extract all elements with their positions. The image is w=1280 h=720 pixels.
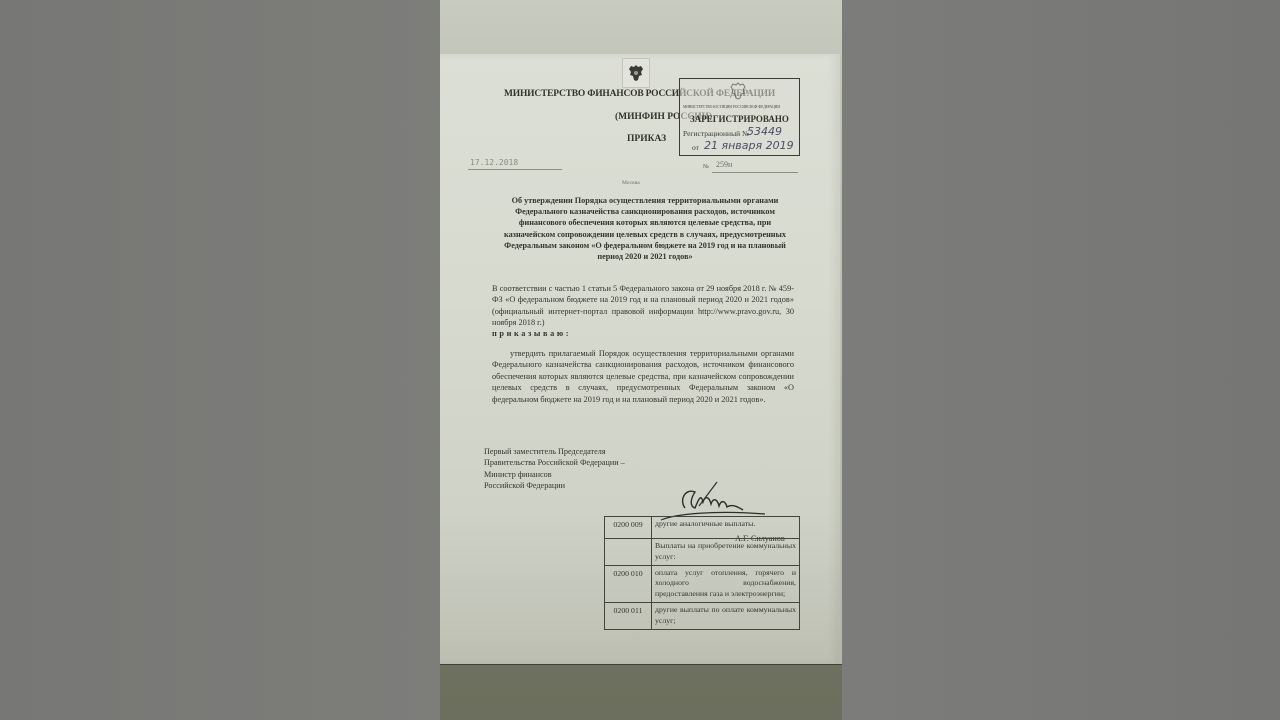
table-row: 0200 009 другие аналогичные выплаты. <box>605 517 800 539</box>
stamp-title: ЗАРЕГИСТРИРОВАНО <box>690 114 789 124</box>
appendix-table: 0200 009 другие аналогичные выплаты. Вып… <box>604 516 800 630</box>
city: Москва <box>622 180 640 186</box>
order-title: Об утверждении Порядка осуществления тер… <box>496 195 794 262</box>
stamp-reg-label: Регистрационный № <box>683 129 749 138</box>
signer-position-line: Правительства Российской Федерации – <box>484 457 625 468</box>
table-cell-code: 0200 009 <box>605 517 652 539</box>
order-number: 259н <box>716 160 732 169</box>
date-underline <box>468 169 562 170</box>
stamp-reg-number: 53449 <box>747 125 782 138</box>
document-sheet: МИНИСТЕРСТВО ФИНАНСОВ РОССИЙСКОЙ ФЕДЕРАЦ… <box>440 54 840 664</box>
photo-bottom-surface <box>440 664 842 720</box>
preamble-text: В соответствии с частью 1 статьи 5 Федер… <box>492 284 794 327</box>
left-blur-background <box>0 0 440 720</box>
registration-stamp: МИНИСТЕРСТВО ЮСТИЦИИ РОССИЙСКОЙ ФЕДЕРАЦИ… <box>679 78 800 156</box>
stamp-organization: МИНИСТЕРСТВО ЮСТИЦИИ РОССИЙСКОЙ ФЕДЕРАЦИ… <box>683 105 795 109</box>
right-blur-background <box>842 0 1280 720</box>
signer-position-line: Первый заместитель Председателя <box>484 446 625 457</box>
stamp-date: 21 января 2019 <box>704 139 794 152</box>
table-row: 0200 010 оплата услуг отопления, горячег… <box>605 565 800 602</box>
order-word: приказываю: <box>492 329 571 338</box>
table-cell-code: 0200 010 <box>605 565 652 602</box>
order-date: 17.12.2018 <box>470 158 518 167</box>
table-cell-text: Выплаты на приобретение коммунальных усл… <box>652 539 800 566</box>
number-underline <box>712 172 798 173</box>
order-number-label: № <box>703 164 709 170</box>
table-cell-code: 0200 011 <box>605 602 652 629</box>
signer-position-line: Российской Федерации <box>484 480 625 491</box>
signer-position-line: Министр финансов <box>484 469 625 480</box>
table-cell-text: оплата услуг отопления, горячего и холод… <box>652 565 800 602</box>
stamp-date-label: от <box>692 143 699 152</box>
signer-position: Первый заместитель Председателя Правител… <box>484 446 625 491</box>
table-cell-code <box>605 539 652 566</box>
table-cell-text: другие выплаты по оплате коммунальных ус… <box>652 602 800 629</box>
table-cell-text: другие аналогичные выплаты. <box>652 517 800 539</box>
stamp-emblem-icon <box>728 81 748 101</box>
preamble-paragraph: В соответствии с частью 1 статьи 5 Федер… <box>492 283 794 339</box>
table-row: Выплаты на приобретение коммунальных усл… <box>605 539 800 566</box>
table-row: 0200 011 другие выплаты по оплате коммун… <box>605 602 800 629</box>
document-photo: МИНИСТЕРСТВО ФИНАНСОВ РОССИЙСКОЙ ФЕДЕРАЦ… <box>440 0 842 720</box>
photo-top-surface <box>440 0 842 54</box>
document-type: ПРИКАЗ <box>627 134 666 144</box>
decision-paragraph: утвердить прилагаемый Порядок осуществле… <box>492 348 794 405</box>
russian-coat-of-arms-icon <box>622 58 650 88</box>
